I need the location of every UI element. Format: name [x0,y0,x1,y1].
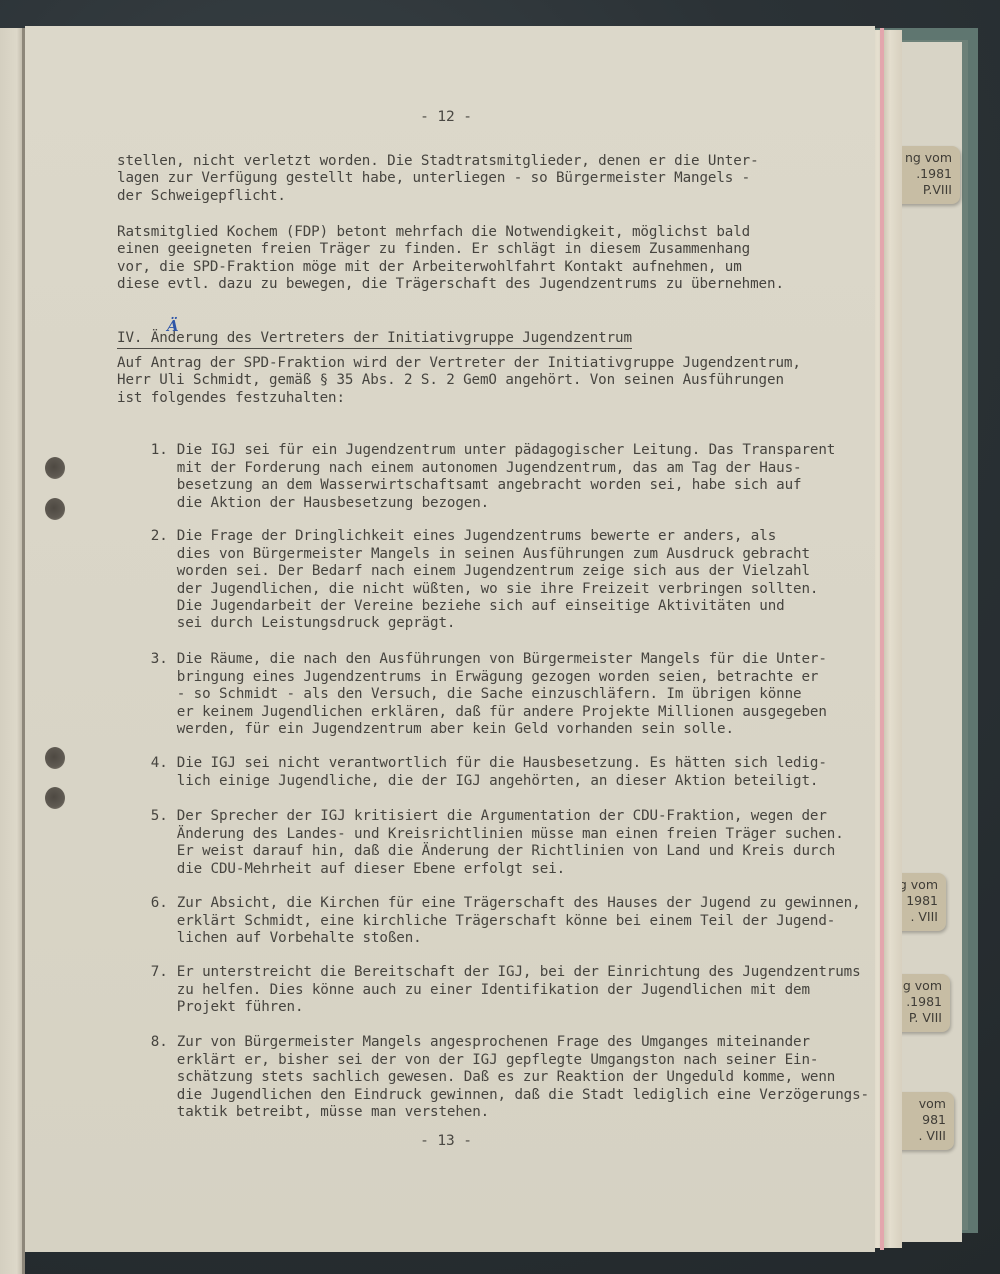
list-item: 8.Zur von Bürgermeister Mangels angespro… [117,1017,869,1139]
item-text: Zur Absicht, die Kirchen für eine Träger… [177,895,861,947]
kochem-paragraph: Ratsmitglied Kochem (FDP) betont mehrfac… [117,224,877,294]
punch-hole [45,498,65,520]
item-text: Er unterstreicht die Bereitschaft der IG… [177,964,861,1016]
left-page-sliver [0,28,24,1274]
section-heading: IV. Änderung des Vertreters der Initiati… [117,330,632,349]
handwritten-correction: Ä [167,319,179,333]
item-number: 7. [151,964,177,981]
item-number: 8. [151,1034,177,1051]
item-number: 2. [151,528,177,545]
item-text: Zur von Bürgermeister Mangels angesproch… [177,1034,869,1121]
punch-hole [45,457,65,479]
item-number: 5. [151,808,177,825]
punch-hole [45,787,65,809]
item-number: 3. [151,651,177,668]
item-text: Die Frage der Dringlichkeit eines Jugend… [177,528,819,632]
item-number: 4. [151,755,177,772]
list-item: 2.Die Frage der Dringlichkeit eines Juge… [117,511,818,650]
footer-page-number: - 13 - [0,1133,892,1150]
page-stack-edge [872,30,902,1248]
item-text: Die IGJ sei für ein Jugendzentrum unter … [177,442,835,512]
item-text: Die Räume, die nach den Ausführungen von… [177,651,827,738]
item-number: 1. [151,442,177,459]
header-page-number: - 12 - [0,109,892,126]
item-text: Die IGJ sei nicht verantwortlich für die… [177,755,827,790]
pink-page-edge [880,28,884,1250]
divider-sheet [896,42,962,1242]
item-text: Der Sprecher der IGJ kritisiert die Argu… [177,808,844,878]
punch-hole [45,747,65,769]
item-number: 6. [151,895,177,912]
intro-paragraph: stellen, nicht verletzt worden. Die Stad… [117,153,877,205]
section-intro: Auf Antrag der SPD-Fraktion wird der Ver… [117,355,877,407]
